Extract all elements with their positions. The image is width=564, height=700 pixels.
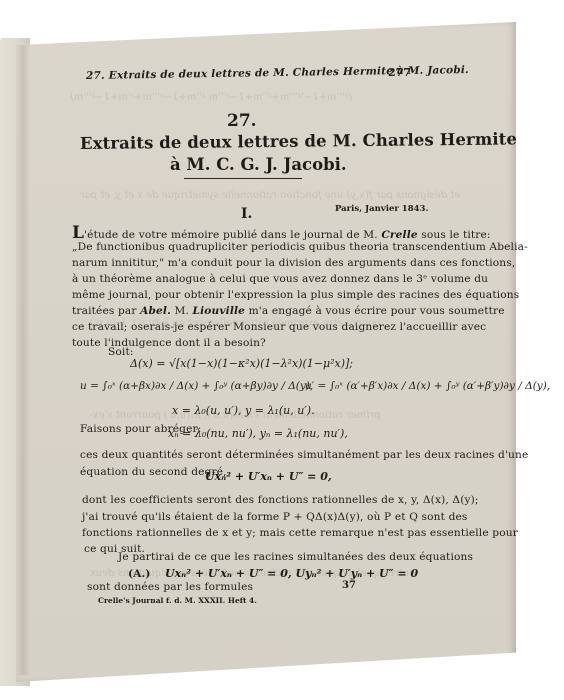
- page-number: 277: [388, 66, 411, 79]
- body-line: narum innititur," m'a conduit pour la di…: [72, 257, 515, 269]
- body-line: ce travail; oserais-je espérer Monsieur …: [72, 321, 486, 333]
- section-number: I.: [241, 206, 252, 222]
- running-head: 27. Extraits de deux lettres de M. Charl…: [86, 64, 469, 82]
- formula-delta: Δ(x) = √[x(1−x)(1−κ²x)(1−λ²x)(1−μ²x)];: [130, 357, 353, 370]
- bleed-through-text: (ʸ'''m+1−'ʸ'''m+ʸ''m+1−ʸ'''m ʸ''m+1−ʸ'''…: [70, 92, 352, 103]
- journal-footer: Crelle's Journal f. d. M. XXXII. Heft 4.: [98, 596, 257, 605]
- body-line: sont données par les formules: [87, 581, 253, 593]
- drop-cap: L: [72, 223, 84, 243]
- body-line: „De functionibus quadrupliciter periodic…: [72, 241, 528, 253]
- body-line: dont les coefficients seront des fonctio…: [82, 494, 479, 506]
- title-rule: [184, 178, 302, 179]
- signature-mark: 37: [342, 580, 356, 591]
- article-title-line-1: Extraits de deux lettres de M. Charles H…: [80, 129, 517, 153]
- body-line: fonctions rationnelles de x et y; mais c…: [82, 527, 518, 539]
- bleed-through-text: et désignons par f(x,y) une fonction rat…: [80, 190, 460, 201]
- formula-u-prime: u′ = ∫₀ˣ (α′+β′x)∂x / Δ(x) + ∫₀ʸ (α′+β′y…: [305, 380, 550, 392]
- article-number: 27.: [227, 111, 257, 131]
- body-line: L'étude de votre mémoire publié dans le …: [72, 223, 491, 243]
- dateline: Paris, Janvier 1843.: [335, 204, 428, 214]
- body-line: toute l'indulgence dont il a besoin?: [72, 337, 266, 349]
- formula-u: u = ∫₀ˣ (α+βx)∂x / Δ(x) + ∫₀ʸ (α+βy)∂y /…: [80, 380, 313, 392]
- formula-inverse: x = λ₀(u, u′), y = λ₁(u, u′).: [172, 404, 315, 417]
- page-content: (ʸ'''m+1−'ʸ'''m+ʸ''m+1−ʸ'''m ʸ''m+1−ʸ'''…: [0, 0, 564, 700]
- body-line: même journal, pour obtenir l'expression …: [72, 289, 519, 301]
- formula-a: Uxₙ² + U′xₙ + U″ = 0, Uyₙ² + U′yₙ + U″ =…: [165, 567, 418, 580]
- formula-quadratic: Uxₙ² + U′xₙ + U″ = 0,: [205, 470, 332, 483]
- formula-n: xₙ = λ₀(nu, nu′), yₙ = λ₁(nu, nu′),: [168, 427, 348, 440]
- article-title-line-2: à M. C. G. J. Jacobi.: [170, 155, 347, 174]
- body-line: j'ai trouvé qu'ils étaient de la forme P…: [82, 511, 468, 523]
- body-line: traitées par Abel. M. Liouville m'a enga…: [72, 305, 505, 317]
- formula-label-a: (A.): [128, 568, 151, 580]
- body-line: ces deux quantités seront déterminées si…: [80, 449, 528, 461]
- body-line: Je partirai de ce que les racines simult…: [118, 551, 473, 563]
- body-line: à un théorème analogue à celui que vous …: [72, 273, 488, 285]
